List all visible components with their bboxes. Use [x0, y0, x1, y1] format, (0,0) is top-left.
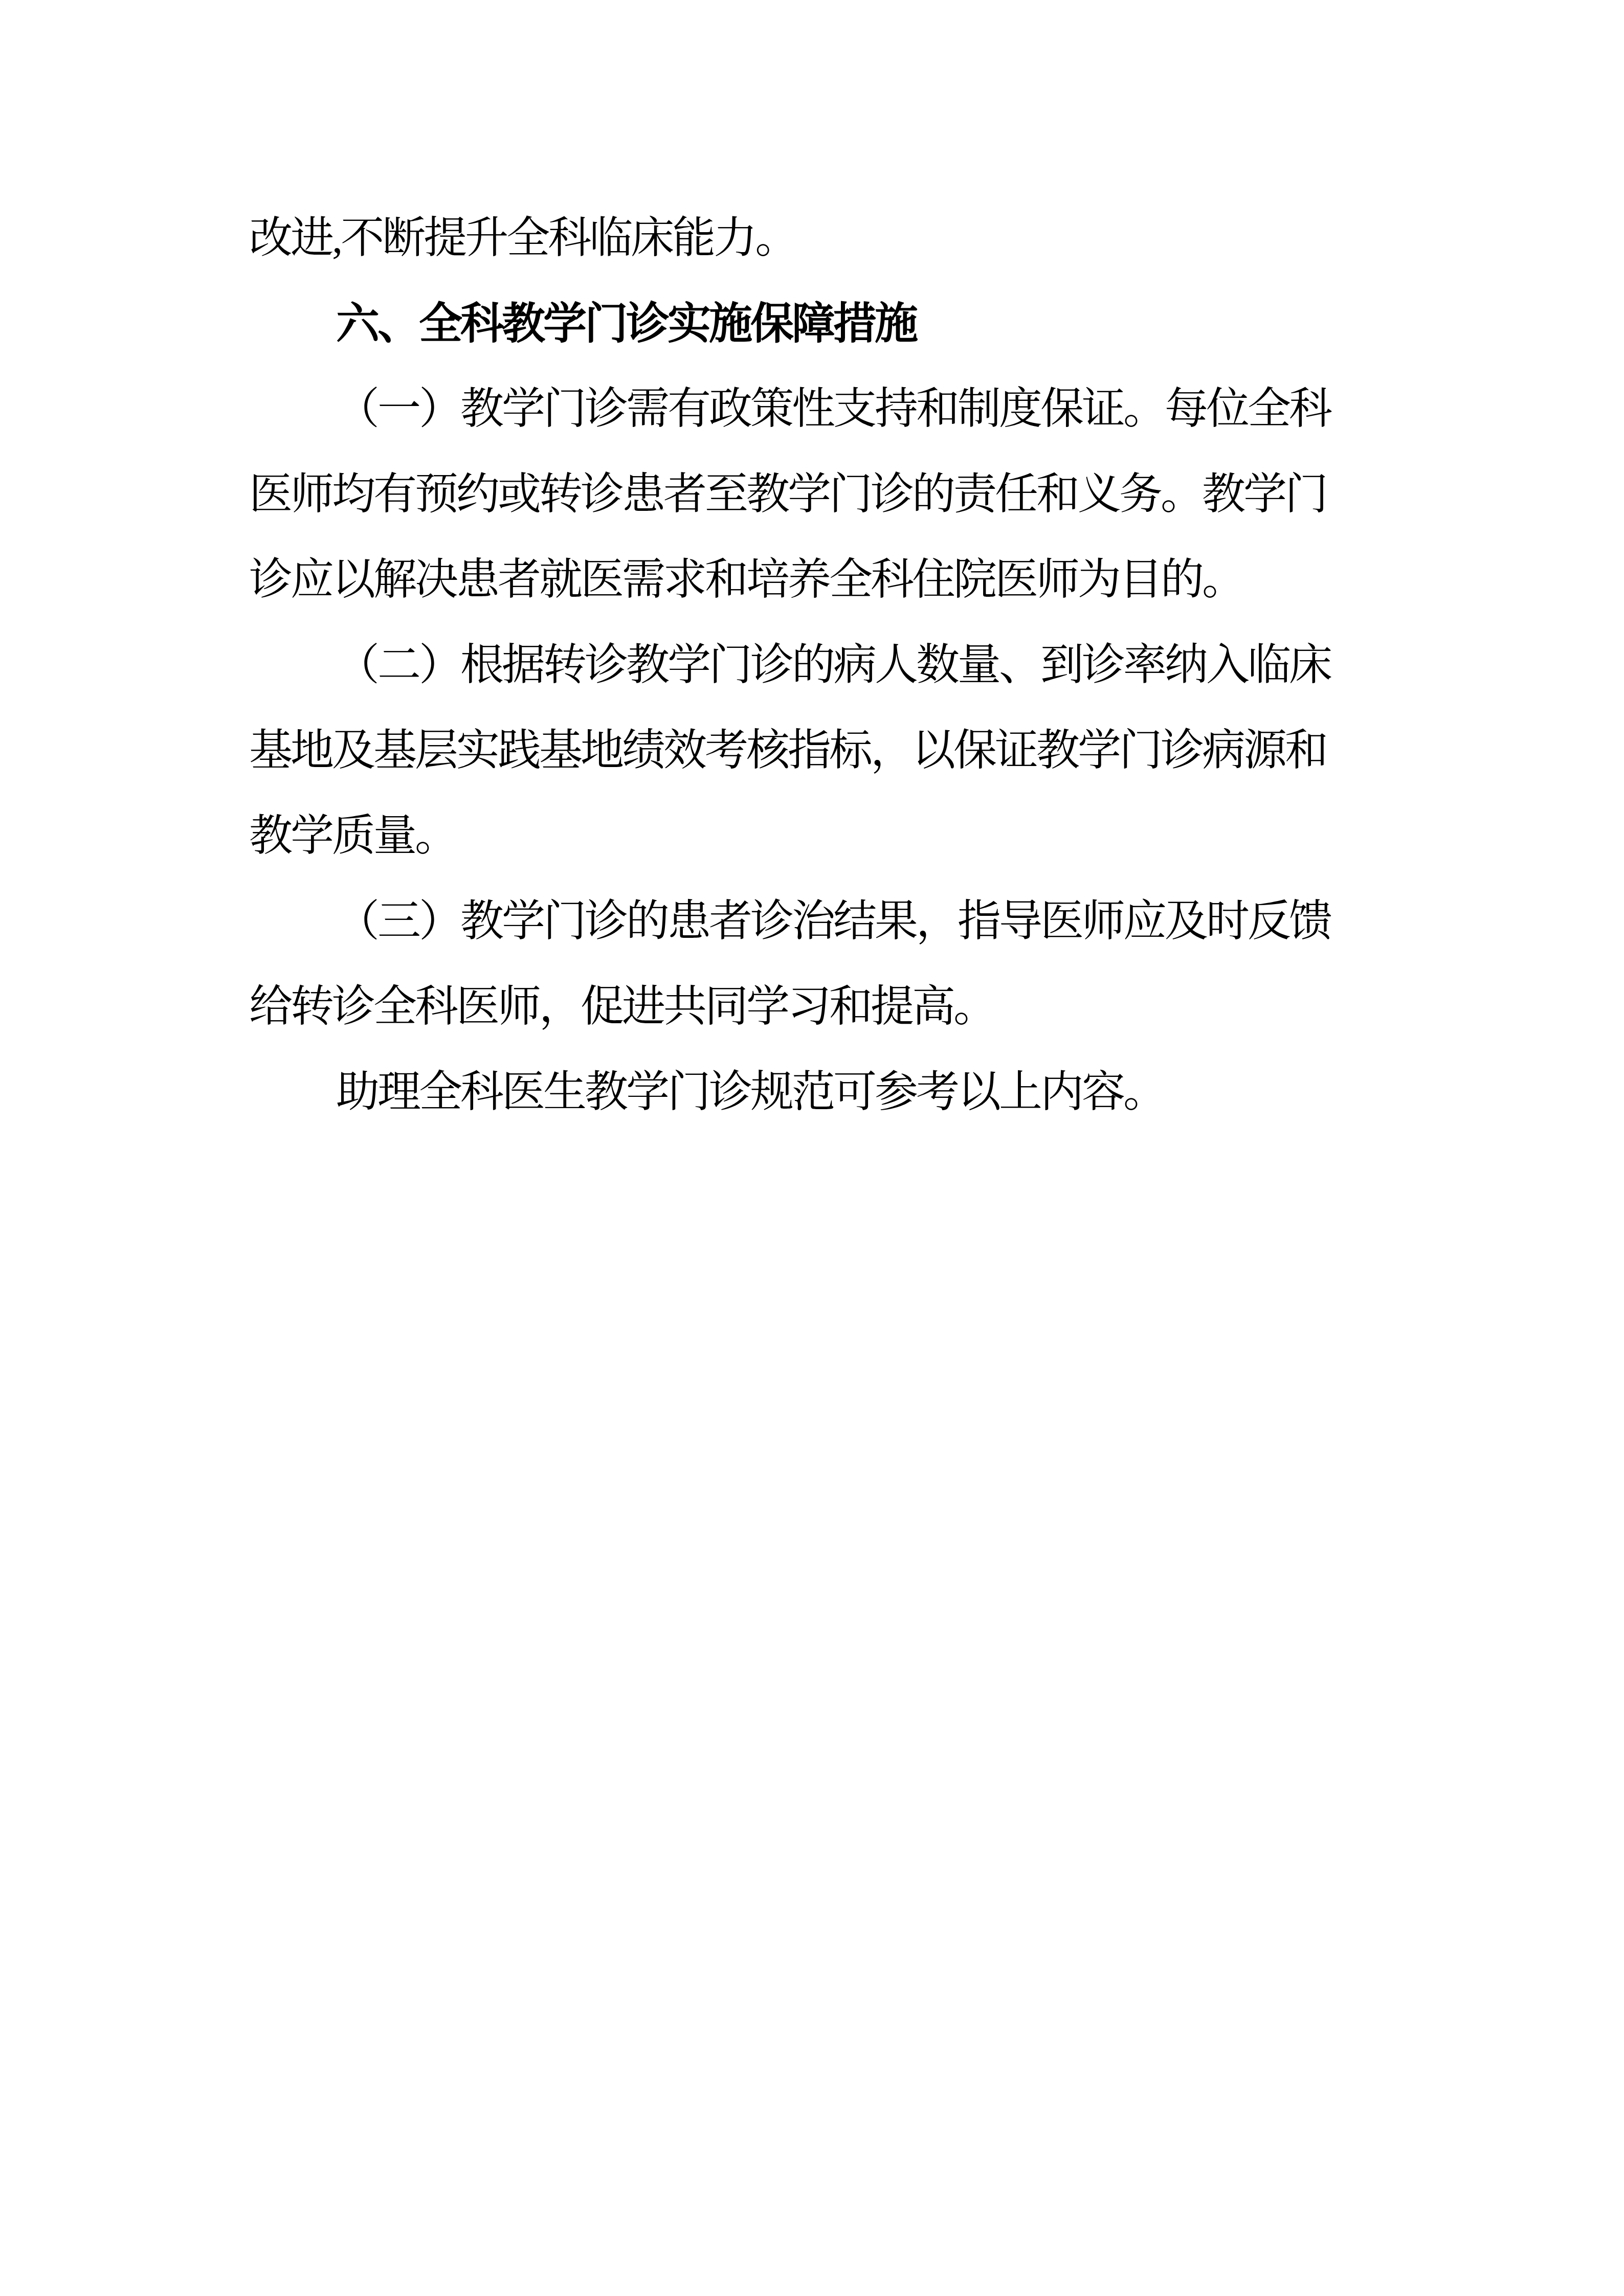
- text-line: 基地及基层实践基地绩效考核指标，以保证教学门诊病源和: [249, 708, 1331, 794]
- document-body: 改进,不断提升全科临床能力。六、全科教学门诊实施保障措施（一）教学门诊需有政策性…: [249, 196, 1331, 1135]
- text-line: （三）教学门诊的患者诊治结果，指导医师应及时反馈: [249, 879, 1331, 964]
- section-heading: 六、全科教学门诊实施保障措施: [249, 281, 1331, 367]
- text-line: 助理全科医生教学门诊规范可参考以上内容。: [249, 1050, 1331, 1135]
- text-line: 教学质量。: [249, 794, 1331, 879]
- document-page: 改进,不断提升全科临床能力。六、全科教学门诊实施保障措施（一）教学门诊需有政策性…: [0, 0, 1624, 2296]
- text-line: 改进,不断提升全科临床能力。: [249, 196, 1331, 281]
- text-line: 给转诊全科医师，促进共同学习和提高。: [249, 964, 1331, 1050]
- text-line: （一）教学门诊需有政策性支持和制度保证。每位全科: [249, 367, 1331, 452]
- text-line: 诊应以解决患者就医需求和培养全科住院医师为目的。: [249, 537, 1331, 623]
- text-line: 医师均有预约或转诊患者至教学门诊的责任和义务。教学门: [249, 452, 1331, 537]
- text-line: （二）根据转诊教学门诊的病人数量、到诊率纳入临床: [249, 623, 1331, 708]
